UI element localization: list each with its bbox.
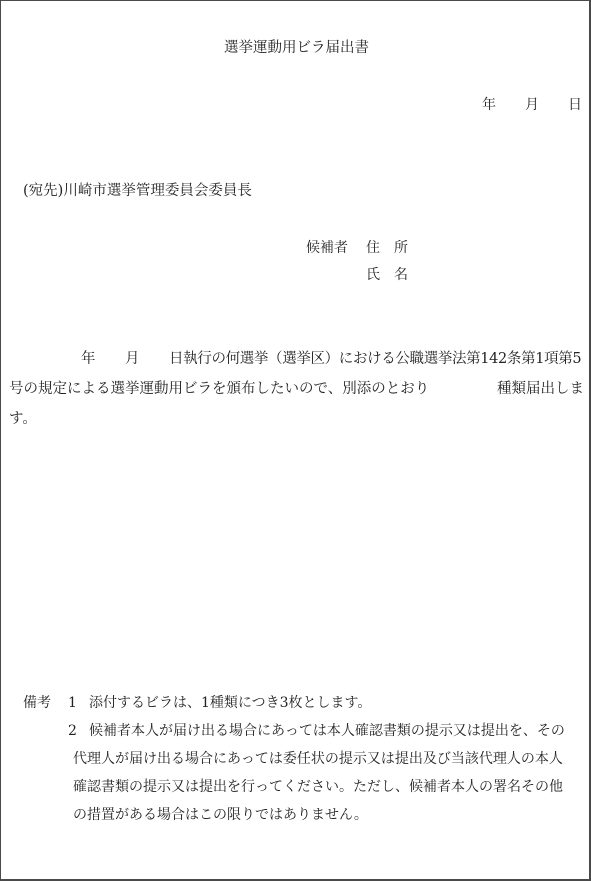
candidate-label: 候補者: [306, 240, 348, 256]
note-2-line-4: の措置がある場合はこの限りではありません。: [73, 807, 368, 823]
note-1-number: 1: [68, 695, 77, 711]
date-day-label: 日: [568, 97, 582, 113]
note-1-text: 添付するビラは、1種類につき3枚とします。: [89, 695, 371, 711]
notes-heading: 備考: [23, 695, 51, 711]
body-line-3: す。: [9, 411, 37, 427]
candidate-name-label: 氏名: [366, 267, 422, 283]
date-year-label: 年: [482, 97, 496, 113]
document-page: 選挙運動用ビラ届出書 年 月 日 (宛先)川崎市選挙管理委員会委員長 候補者 住…: [0, 0, 591, 881]
note-2-line-3: 確認書類の提示又は提出を行ってください。ただし、候補者本人の署名その他: [73, 779, 563, 795]
body-line-1: 日執行の何選挙（選挙区）における公職選挙法第142条第1項第5: [169, 351, 581, 367]
candidate-address-label: 住所: [366, 240, 422, 256]
body-month-label: 月: [125, 351, 140, 367]
document-title: 選挙運動用ビラ届出書: [1, 40, 591, 56]
body-year-label: 年: [81, 351, 96, 367]
note-2-line-1: 候補者本人が届け出る場合にあっては本人確認書類の提示又は提出を、その: [89, 723, 565, 739]
addressee: (宛先)川崎市選挙管理委員会委員長: [23, 183, 252, 199]
body-line-2: 号の規定による選挙運動用ビラを頒布したいので、別添のとおり: [9, 381, 429, 397]
note-2-number: 2: [68, 723, 77, 739]
date-month-label: 月: [525, 97, 539, 113]
note-2-line-2: 代理人が届け出る場合にあっては委任状の提示又は提出及び当該代理人の本人: [73, 751, 563, 767]
body-line-2-end: 種類届出しま: [497, 381, 584, 397]
